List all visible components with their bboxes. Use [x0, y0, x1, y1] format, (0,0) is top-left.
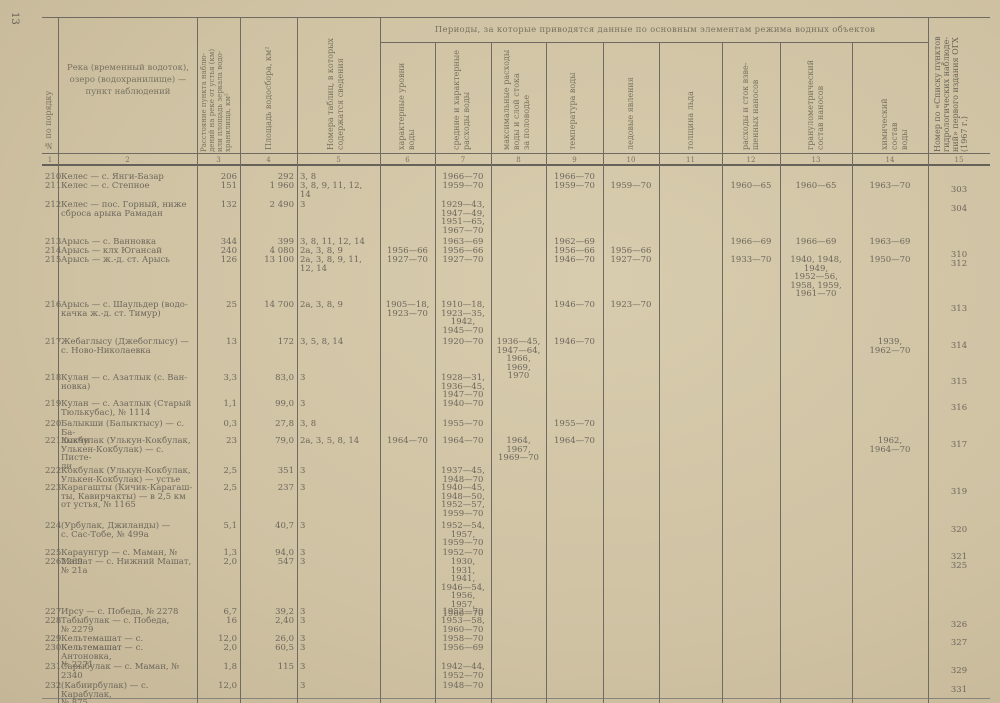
basin-area: 547 [243, 558, 294, 567]
table-numbers: 3, 8 [300, 420, 377, 429]
row-number: 231 [45, 663, 55, 672]
suspended-sediment-period: 1960—65 [725, 182, 777, 191]
header-col3: Расстояние пункта наблю- дений на реке о… [200, 30, 232, 152]
discharge-period: 1929—43, 1947—49, 1951—65, 1967—70 [438, 201, 488, 235]
table-numbers: 3 [300, 663, 377, 672]
table-numbers: 3 [300, 201, 377, 210]
header-col9: температура воды [568, 70, 578, 150]
table-numbers: 3 [300, 467, 377, 476]
header-col10: ледовые явления [626, 75, 636, 150]
discharge-period: 1964—70 [438, 437, 488, 446]
document-page: 13 № по порядку Река (временный водоток)… [0, 0, 1000, 703]
table-numbers: 3 [300, 558, 377, 567]
header-col1: № по порядку [44, 70, 54, 150]
table-numbers: 3 [300, 522, 377, 531]
catalog-number: 331 [931, 686, 987, 695]
table-numbers: 3 [300, 484, 377, 493]
station-name: Сарыбулак — с. Маман, № 2340 [61, 663, 194, 680]
header-col5: Номера таблиц, в которых содержатся свед… [326, 35, 346, 150]
table-numbers: 3 [300, 644, 377, 653]
column-number: 2 [58, 156, 197, 164]
discharge-period: 1937—45, 1948—70 [438, 467, 488, 484]
row-number: 217 [45, 338, 55, 347]
header-col8: максимальные расходы воды и слой стока з… [502, 48, 532, 150]
catalog-number: 326 [931, 621, 987, 630]
col-divider [603, 42, 604, 703]
row-number: 230 [45, 644, 55, 653]
distance-km: 12,0 [200, 682, 237, 691]
header-col6: характерные уровни воды [397, 60, 417, 150]
catalog-number: 312 [931, 260, 987, 269]
station-name: (Урбулак, Джиланды) — с. Сас-Тобе, № 499… [61, 522, 194, 539]
basin-area: 237 [243, 484, 294, 493]
granulometry-period: 1940, 1948, 1949, 1952—56, 1958, 1959, 1… [783, 256, 849, 299]
catalog-number: 313 [931, 305, 987, 314]
periods-subheader-rule [380, 42, 928, 43]
basin-area: 172 [243, 338, 294, 347]
discharge-period: 1928—31, 1936—45, 1947—70 [438, 374, 488, 400]
col-divider [928, 17, 929, 703]
discharge-period: 1955—70 [438, 420, 488, 429]
row-number: 211 [45, 182, 55, 191]
basin-area: 2 490 [243, 201, 294, 210]
row-number: 226 [45, 558, 55, 567]
catalog-number: 327 [931, 639, 987, 648]
row-number: 228 [45, 617, 55, 626]
row-number: 232 [45, 682, 55, 691]
distance-km: 1,1 [200, 400, 237, 409]
ice-phenomena-period: 1923—70 [606, 301, 656, 310]
distance-km: 126 [200, 256, 237, 265]
table-top-rule [42, 17, 990, 18]
chemical-composition-period: 1939, 1962—70 [855, 338, 925, 355]
station-name: Кулан — с. Азатлык (с. Ван- новка) [61, 374, 194, 391]
table-numbers: 3 [300, 549, 377, 558]
table-numbers: 3 [300, 617, 377, 626]
basin-area: 351 [243, 467, 294, 476]
discharge-period: 1910—18, 1923—35, 1942, 1945—70 [438, 301, 488, 335]
col-divider [197, 17, 198, 703]
catalog-number: 303 [931, 186, 987, 195]
distance-km: 13 [200, 338, 237, 347]
row-number: 215 [45, 256, 55, 265]
distance-km: 0,3 [200, 420, 237, 429]
max-discharge-period: 1936—45, 1947—64, 1966, 1969, 1970 [494, 338, 543, 381]
column-number: 1 [42, 156, 58, 164]
station-name: Машат — с. Нижний Машат, № 21а [61, 558, 194, 575]
column-number: 14 [852, 156, 928, 164]
station-name: Табыбулак — с. Победа, № 2279 [61, 617, 194, 634]
basin-area: 83,0 [243, 374, 294, 383]
station-name: Арысь — с. Шаульдер (водо- качка ж.-д. с… [61, 301, 194, 318]
page-number: 13 [9, 12, 20, 25]
row-number: 222 [45, 467, 55, 476]
basin-area: 60,5 [243, 644, 294, 653]
basin-area: 14 700 [243, 301, 294, 310]
row-number: 221 [45, 437, 55, 446]
discharge-period: 1953—58, 1960—70 [438, 617, 488, 634]
water-temperature-period: 1964—70 [549, 437, 600, 446]
row-number: 216 [45, 301, 55, 310]
header-col4: Площадь водосбора, км² [264, 40, 274, 150]
basin-area: 1 960 [243, 182, 294, 191]
water-temperature-period: 1955—70 [549, 420, 600, 429]
chemical-composition-period: 1950—70 [855, 256, 925, 265]
table-numbers: 3, 5, 8, 14 [300, 338, 377, 347]
col-divider [240, 17, 241, 703]
row-number: 212 [45, 201, 55, 210]
distance-km: 2,5 [200, 467, 237, 476]
ice-phenomena-period: 1927—70 [606, 256, 656, 265]
col-divider [297, 17, 298, 703]
table-numbers: 3 [300, 374, 377, 383]
table-numbers: 3 [300, 635, 377, 644]
discharge-period: 1940—45, 1948—50, 1952—57, 1959—70 [438, 484, 488, 518]
header-col11: толщина льда [686, 85, 696, 150]
column-number: 5 [297, 156, 380, 164]
table-numbers: 3 [300, 400, 377, 409]
column-number: 11 [659, 156, 722, 164]
col-divider [58, 17, 59, 703]
discharge-period: 1920—70 [438, 338, 488, 347]
table-numbers: 3 [300, 608, 377, 617]
water-temperature-period: 1946—70 [549, 301, 600, 310]
station-name: Кулан — с. Азатлык (Старый Тюлькубас), №… [61, 400, 194, 417]
basin-area: 40,7 [243, 522, 294, 531]
station-name: Келес — с. Степное [61, 182, 194, 191]
column-number: 6 [380, 156, 435, 164]
basin-area: 115 [243, 663, 294, 672]
column-number-rule [42, 153, 990, 154]
water-levels-period: 1905—18, 1923—70 [383, 301, 432, 318]
column-number: 4 [240, 156, 297, 164]
water-temperature-period: 1946—70 [549, 256, 600, 265]
header-bottom-rule [42, 164, 990, 166]
col-divider [659, 42, 660, 703]
basin-area: 99,0 [243, 400, 294, 409]
col-divider [435, 42, 436, 703]
col-divider [380, 17, 381, 703]
col-divider [546, 42, 547, 703]
table-numbers: 2а, 3, 8, 9, 11, 12, 14 [300, 256, 377, 273]
col-divider [722, 42, 723, 703]
basin-area: 27,8 [243, 420, 294, 429]
discharge-period: 1959—70 [438, 182, 488, 191]
discharge-period: 1948—70 [438, 682, 488, 691]
col-divider [780, 42, 781, 703]
distance-km: 2,0 [200, 558, 237, 567]
catalog-number: 314 [931, 342, 987, 351]
basin-area: 13 100 [243, 256, 294, 265]
table-numbers: 3, 8, 9, 11, 12, 14 [300, 182, 377, 199]
distance-km: 16 [200, 617, 237, 626]
station-name: (Кабиирбулак) — с. Карабулак, № 875 [61, 682, 194, 703]
granulometry-period: 1960—65 [783, 182, 849, 191]
station-name: Карагашты (Кичик-Карагаш- ты, Кавирчакты… [61, 484, 194, 510]
column-number: 9 [546, 156, 603, 164]
catalog-number: 304 [931, 205, 987, 214]
distance-km: 23 [200, 437, 237, 446]
discharge-period: 1940—70 [438, 400, 488, 409]
header-col2: Река (временный водоток), озеро (водохра… [62, 62, 194, 98]
distance-km: 5,1 [200, 522, 237, 531]
row-number: 220 [45, 420, 55, 429]
header-col13: гранулометрический состав наносов [806, 60, 826, 150]
discharge-period: 1956—69 [438, 644, 488, 653]
row-number: 218 [45, 374, 55, 383]
column-number: 13 [780, 156, 852, 164]
col-divider [852, 42, 853, 703]
distance-km: 2,0 [200, 644, 237, 653]
chemical-composition-period: 1963—69 [855, 238, 925, 247]
station-name: Жебаглысу (Джебоглысу) — с. Ново-Николае… [61, 338, 194, 355]
water-temperature-period: 1946—70 [549, 338, 600, 347]
catalog-number: 320 [931, 526, 987, 535]
row-number: 219 [45, 400, 55, 409]
max-discharge-period: 1964, 1967, 1969—70 [494, 437, 543, 463]
station-name: Арысь — ж.-д. ст. Арысь [61, 256, 194, 265]
catalog-number: 317 [931, 441, 987, 450]
distance-km: 2,5 [200, 484, 237, 493]
suspended-sediment-period: 1966—69 [725, 238, 777, 247]
granulometry-period: 1966—69 [783, 238, 849, 247]
header-col15: Номер по «Списку пунктов гидрологических… [933, 30, 969, 152]
catalog-number: 315 [931, 378, 987, 387]
discharge-period: 1942—44, 1952—70 [438, 663, 488, 680]
row-number: 223 [45, 484, 55, 493]
distance-km: 3,3 [200, 374, 237, 383]
column-number: 15 [928, 156, 990, 164]
distance-km: 132 [200, 201, 237, 210]
column-number: 12 [722, 156, 780, 164]
column-number: 10 [603, 156, 659, 164]
distance-km: 25 [200, 301, 237, 310]
table-numbers: 2а, 3, 5, 8, 14 [300, 437, 377, 446]
column-number: 8 [491, 156, 546, 164]
basin-area: 79,0 [243, 437, 294, 446]
station-name: Келес — пос. Горный, ниже сброса арыка Р… [61, 201, 194, 218]
column-number: 3 [197, 156, 240, 164]
header-periods-title: Периоды, за которые приводятся данные по… [382, 25, 928, 35]
basin-area: 2,40 [243, 617, 294, 626]
catalog-number: 325 [931, 562, 987, 571]
discharge-period: 1927—70 [438, 256, 488, 265]
discharge-period: 1952—54, 1957, 1959—70 [438, 522, 488, 548]
header-col12: расходы и сток взве- шенных наносов [741, 55, 761, 150]
header-col7: средние и характерные расходы воды [452, 50, 472, 150]
row-number: 224 [45, 522, 55, 531]
column-number: 7 [435, 156, 491, 164]
water-levels-period: 1964—70 [383, 437, 432, 446]
table-numbers: 3 [300, 682, 377, 691]
suspended-sediment-period: 1933—70 [725, 256, 777, 265]
water-temperature-period: 1959—70 [549, 182, 600, 191]
ice-phenomena-period: 1959—70 [606, 182, 656, 191]
col-divider [491, 42, 492, 703]
catalog-number: 329 [931, 667, 987, 676]
water-levels-period: 1927—70 [383, 256, 432, 265]
chemical-composition-period: 1963—70 [855, 182, 925, 191]
table-numbers: 2а, 3, 8, 9 [300, 301, 377, 310]
distance-km: 151 [200, 182, 237, 191]
catalog-number: 319 [931, 488, 987, 497]
distance-km: 1,8 [200, 663, 237, 672]
header-col14: химический состав воды [880, 75, 910, 150]
chemical-composition-period: 1962, 1964—70 [855, 437, 925, 454]
catalog-number: 316 [931, 404, 987, 413]
station-name: Кокбулак (Улькун-Кокбулак, Улькен-Кокбул… [61, 467, 194, 484]
